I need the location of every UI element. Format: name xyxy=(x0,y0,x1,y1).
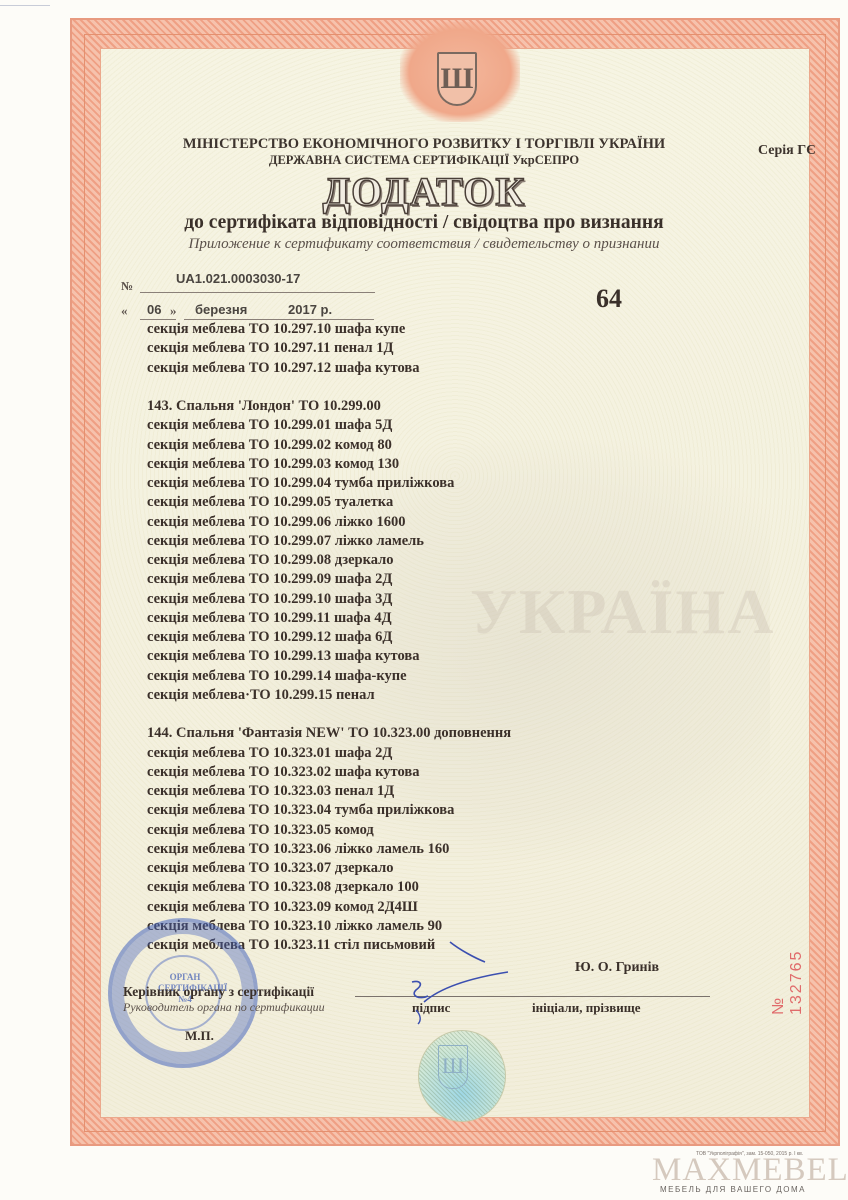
brand-watermark: MAXMEBEL xyxy=(652,1152,848,1189)
list-item: секція меблева ТО 10.299.07 ліжко ламель xyxy=(147,532,511,551)
handwritten-signature xyxy=(390,940,520,1025)
list-item: секція меблева ТО 10.323.09 комод 2Д4Ш xyxy=(147,898,511,917)
list-item: секція меблева ТО 10.323.02 шафа кутова xyxy=(147,763,511,782)
list-item: секція меблева ТО 10.299.04 тумба приліж… xyxy=(147,474,511,493)
brand-tagline: МЕБЕЛЬ ДЛЯ ВАШЕГО ДОМА xyxy=(660,1185,806,1194)
list-item: секція меблева ТО 10.323.03 пенал 1Д xyxy=(147,782,511,801)
list-item: секція меблева ТО 10.299.05 туалетка xyxy=(147,493,511,512)
certificate-number: UA1.021.0003030-17 xyxy=(176,271,300,286)
document-subtitle: до сертифіката відповідності / свідоцтва… xyxy=(0,212,848,234)
trident-icon: Ш xyxy=(437,52,477,106)
list-item: секція меблева ТО 10.299.08 дзеркало xyxy=(147,551,511,570)
series-label: Серія ГЄ xyxy=(758,143,816,159)
list-item: секція меблева·ТО 10.299.15 пенал xyxy=(147,686,511,705)
list-item: секція меблева ТО 10.297.10 шафа купе xyxy=(147,320,511,339)
watermark-text: УКРАЇНА xyxy=(470,575,775,649)
list-item: секція меблева ТО 10.299.02 комод 80 xyxy=(147,436,511,455)
date-month: березня xyxy=(195,302,247,317)
document-subtitle-ru: Приложение к сертификату соответствия / … xyxy=(0,236,848,253)
list-spacer xyxy=(147,378,511,397)
date-year: 2017 р. xyxy=(288,302,332,317)
list-spacer xyxy=(147,705,511,724)
list-item: секція меблева ТО 10.323.05 комод xyxy=(147,821,511,840)
list-item: секція меблева ТО 10.323.06 ліжко ламель… xyxy=(147,840,511,859)
head-of-body-label: Керівник органу з сертифікації xyxy=(123,984,314,1000)
list-item: секція меблева ТО 10.323.07 дзеркало xyxy=(147,859,511,878)
document-title: ДОДАТОК xyxy=(0,168,848,215)
certification-system-heading: ДЕРЖАВНА СИСТЕМА СЕРТИФІКАЦІЇ УкрСЕПРО xyxy=(0,153,848,168)
list-item: секція меблева ТО 10.299.06 ліжко 1600 xyxy=(147,513,511,532)
list-item: секція меблева ТО 10.299.09 шафа 2Д xyxy=(147,570,511,589)
list-item: секція меблева ТО 10.323.08 дзеркало 100 xyxy=(147,878,511,897)
number-underline xyxy=(140,292,375,293)
list-item: секція меблева ТО 10.299.14 шафа-купе xyxy=(147,667,511,686)
list-item: секція меблева ТО 10.299.12 шафа 6Д xyxy=(147,628,511,647)
product-group-heading: 144. Спальня 'Фантазія NEW' ТО 10.323.00… xyxy=(147,724,511,743)
list-item: секція меблева ТО 10.299.01 шафа 5Д xyxy=(147,416,511,435)
list-item: секція меблева ТО 10.299.13 шафа кутова xyxy=(147,647,511,666)
list-item: секція меблева ТО 10.323.01 шафа 2Д xyxy=(147,744,511,763)
serial-number: № 132765 xyxy=(770,937,806,1015)
number-label: № xyxy=(121,279,133,294)
signatory-name: Ю. О. Гринів xyxy=(575,960,659,976)
scan-edge-line xyxy=(0,5,50,6)
ministry-heading: МІНІСТЕРСТВО ЕКОНОМІЧНОГО РОЗВИТКУ І ТОР… xyxy=(0,136,848,153)
list-item: секція меблева ТО 10.297.11 пенал 1Д xyxy=(147,339,511,358)
hologram-trident-icon: Ш xyxy=(438,1045,468,1089)
date-close-quote: » xyxy=(170,303,177,319)
date-day: 06 xyxy=(147,302,161,317)
product-list: секція меблева ТО 10.297.10 шафа купесек… xyxy=(147,320,511,955)
list-item: секція меблева ТО 10.297.12 шафа кутова xyxy=(147,359,511,378)
list-item: секція меблева ТО 10.299.10 шафа 3Д xyxy=(147,590,511,609)
head-of-body-label-ru: Руководитель органа по сертификации xyxy=(123,1000,325,1015)
seal-place-label: М.П. xyxy=(185,1028,214,1044)
list-item: секція меблева ТО 10.299.11 шафа 4Д xyxy=(147,609,511,628)
page-number: 64 xyxy=(596,284,622,314)
name-caption: ініціали, прізвище xyxy=(532,1000,641,1016)
list-item: секція меблева ТО 10.299.03 комод 130 xyxy=(147,455,511,474)
product-group-heading: 143. Спальня 'Лондон' ТО 10.299.00 xyxy=(147,397,511,416)
list-item: секція меблева ТО 10.323.04 тумба приліж… xyxy=(147,801,511,820)
date-open-quote: « xyxy=(121,303,128,319)
